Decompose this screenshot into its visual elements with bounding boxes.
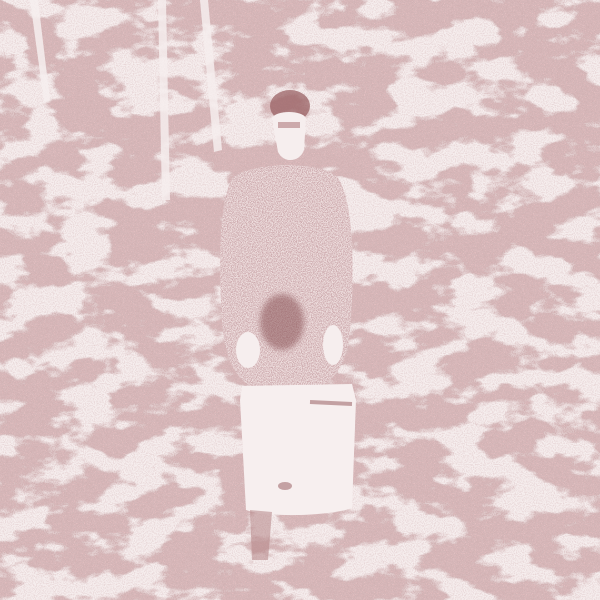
sweater-shadow	[260, 294, 304, 350]
glasses	[278, 122, 300, 128]
container-rim-shadow	[310, 402, 352, 404]
right-hand	[323, 325, 343, 365]
stipple-scene	[0, 0, 600, 600]
photograph	[0, 0, 600, 600]
container-mark	[278, 482, 292, 490]
left-hand	[236, 332, 260, 368]
